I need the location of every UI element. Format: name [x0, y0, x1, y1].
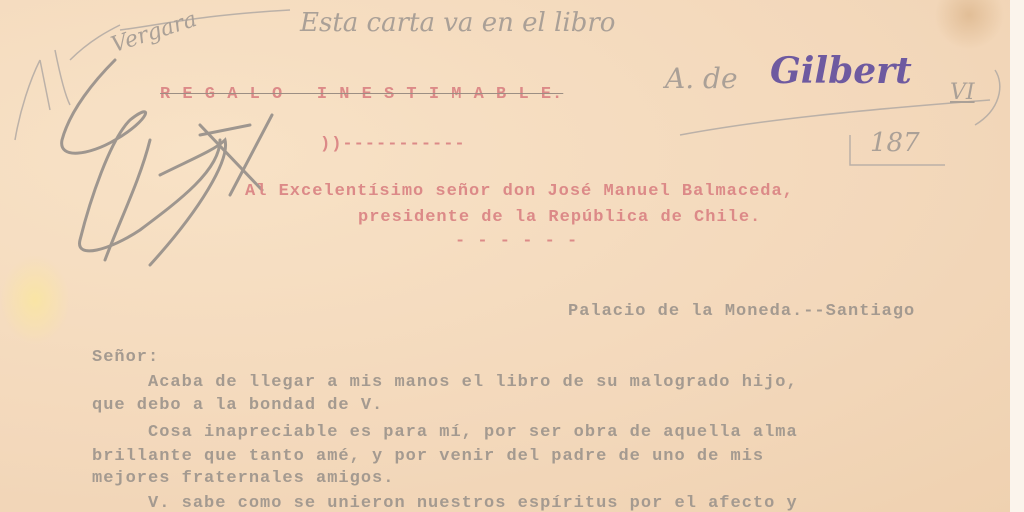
- pencil-note: Esta carta va en el libro: [300, 8, 615, 38]
- body-line: Cosa inapreciable es para mí, por ser ob…: [92, 423, 798, 442]
- body-line: Acaba de llegar a mis manos el libro de …: [92, 373, 798, 392]
- title-dashes: ))-----------: [320, 135, 466, 154]
- addressee-dashes: - - - - - -: [455, 232, 578, 251]
- addressee-line-2: presidente de la República de Chile.: [358, 208, 761, 227]
- scanned-letter: Esta carta va en el libro Vergara R E G …: [0, 0, 1024, 512]
- signature-name: Gilbert: [770, 50, 912, 92]
- salutation: Señor:: [92, 348, 159, 367]
- body-line: que debo a la bondad de V.: [92, 396, 383, 415]
- addressee-line-1: Al Excelentísimo señor don José Manuel B…: [245, 182, 794, 201]
- title-struck: R E G A L O I N E S T I M A B L E.: [160, 85, 563, 104]
- body-line: mejores fraternales amigos.: [92, 469, 394, 488]
- catalog-number: 187: [870, 128, 920, 158]
- body-line: brillante que tanto amé, y por venir del…: [92, 447, 764, 466]
- body-line: V. sabe como se unieron nuestros espírit…: [92, 494, 798, 512]
- place-line: Palacio de la Moneda.--Santiago: [568, 302, 915, 321]
- roman-numeral: VI: [950, 80, 975, 105]
- signature-prefix: A. de: [665, 62, 738, 95]
